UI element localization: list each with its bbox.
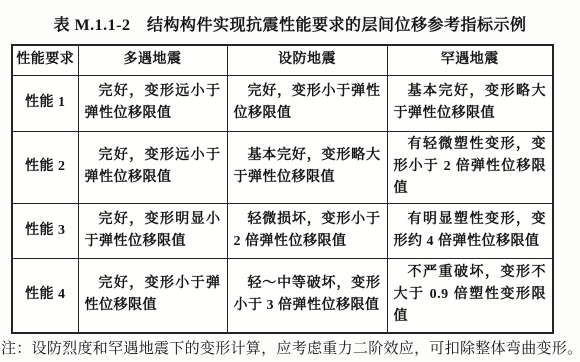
cell-frequent: 完好，变形远小于弹性位移限值 — [78, 75, 227, 131]
table-footnote: 注：设防烈度和罕遇地震下的变形计算，应考虑重力二阶效应，可扣除整体弯曲变形。 — [1, 337, 580, 358]
row-label: 性能 4 — [12, 258, 78, 333]
header-performance-requirement: 性能要求 — [12, 45, 78, 75]
cell-fortification: 轻～中等破坏，变形小于 3 倍弹性位移限值 — [227, 258, 387, 333]
table-row-performance-1: 性能 1 完好，变形远小于弹性位移限值 完好，变形小于弹性位移限值 基本完好，变… — [12, 75, 553, 131]
cell-rare: 基本完好，变形略大于弹性位移限值 — [387, 75, 553, 131]
row-label: 性能 2 — [12, 131, 78, 203]
cell-fortification: 轻微损坏，变形小于 2 倍弹性位移限值 — [227, 203, 387, 258]
cell-rare: 有明显塑性变形，变形约 4 倍弹性位移限值 — [387, 203, 553, 258]
table-row-performance-4: 性能 4 完好，变形小于弹性位移限值 轻～中等破坏，变形小于 3 倍弹性位移限值… — [12, 258, 553, 333]
cell-frequent: 完好，变形远小于弹性位移限值 — [78, 131, 227, 203]
header-frequent-earthquake: 多遇地震 — [78, 45, 227, 75]
header-rare-earthquake: 罕遇地震 — [387, 45, 553, 75]
row-label: 性能 1 — [12, 75, 78, 131]
table-row-performance-2: 性能 2 完好，变形远小于弹性位移限值 基本完好，变形略大于弹性位移限值 有轻微… — [12, 131, 553, 203]
table-row-performance-3: 性能 3 完好，变形明显小于弹性位移限值 轻微损坏，变形小于 2 倍弹性位移限值… — [12, 203, 553, 258]
table-header-row: 性能要求 多遇地震 设防地震 罕遇地震 — [12, 45, 553, 75]
header-fortification-earthquake: 设防地震 — [227, 45, 387, 75]
document-page: 表 M.1.1-2 结构构件实现抗震性能要求的层间位移参考指标示例 性能要求 多… — [0, 0, 580, 362]
performance-drift-table: 性能要求 多遇地震 设防地震 罕遇地震 性能 1 完好，变形远小于弹性位移限值 … — [11, 44, 554, 334]
cell-rare: 有轻微塑性变形，变形小于 2 倍弹性位移限值 — [387, 131, 553, 203]
cell-rare: 不严重破坏，变形不大于 0.9 倍塑性变形限值 — [387, 258, 553, 333]
cell-frequent: 完好，变形小于弹性位移限值 — [78, 258, 227, 333]
row-label: 性能 3 — [12, 203, 78, 258]
table-title: 表 M.1.1-2 结构构件实现抗震性能要求的层间位移参考指标示例 — [0, 12, 580, 35]
cell-fortification: 基本完好，变形略大于弹性位移限值 — [227, 131, 387, 203]
cell-frequent: 完好，变形明显小于弹性位移限值 — [78, 203, 227, 258]
cell-fortification: 完好，变形小于弹性位移限值 — [227, 75, 387, 131]
